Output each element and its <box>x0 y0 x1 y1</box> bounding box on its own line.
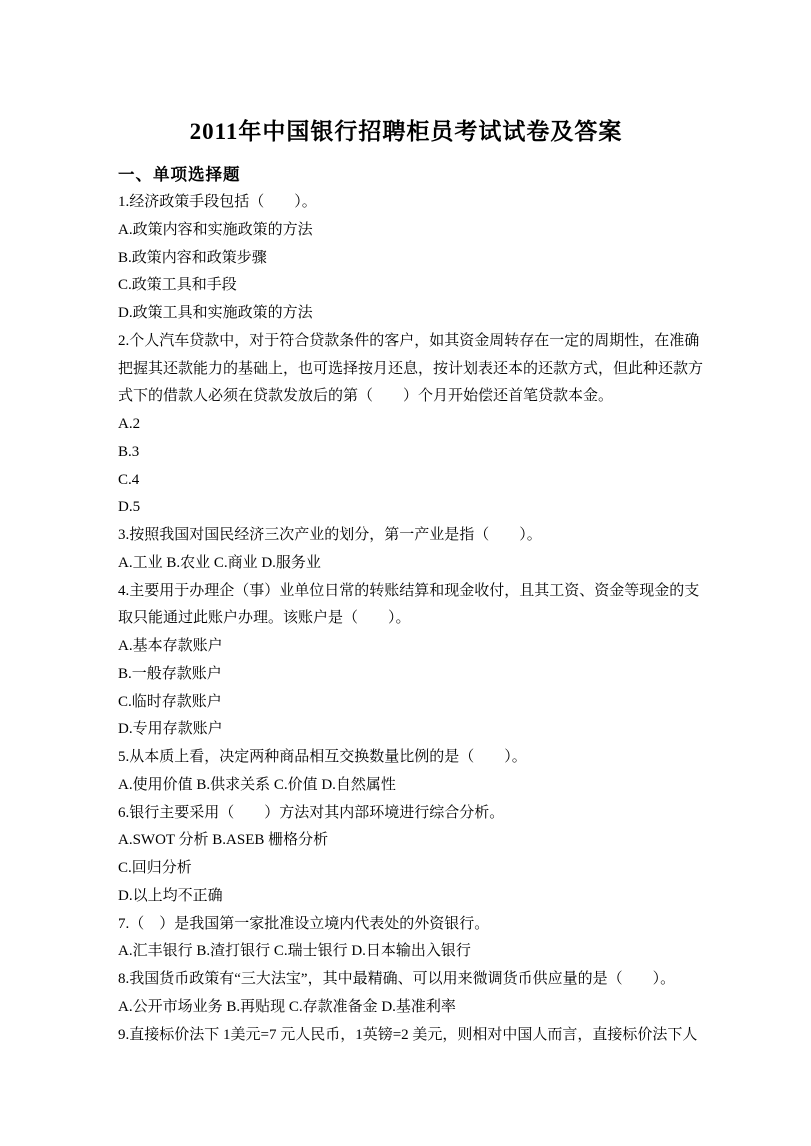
question-option-line: D.以上均不正确 <box>118 883 694 911</box>
question-list: 1.经济政策手段包括（ ）。A.政策内容和实施政策的方法B.政策内容和政策步骤C… <box>118 189 694 1049</box>
question-stem-line: 8.我国货币政策有“三大法宝”，其中最精确、可以用来微调货币供应量的是（ ）。 <box>118 966 694 994</box>
question-option-line: B.政策内容和政策步骤 <box>118 245 694 273</box>
question-option-line: C.政策工具和手段 <box>118 272 694 300</box>
question-stem-line: 4.主要用于办理企（事）业单位日常的转账结算和现金收付，且其工资、资金等现金的支 <box>118 578 694 606</box>
section-heading: 一、单项选择题 <box>118 162 694 188</box>
question-stem-line: 9.直接标价法下 1美元=7 元人民币，1英镑=2 美元，则相对中国人而言，直接… <box>118 1022 694 1050</box>
question-option-line: A.汇丰银行 B.渣打银行 C.瑞士银行 D.日本输出入银行 <box>118 938 694 966</box>
question-option-line: A.工业 B.农业 C.商业 D.服务业 <box>118 550 694 578</box>
question-option-line: C.临时存款账户 <box>118 689 694 717</box>
question-option-line: B.一般存款账户 <box>118 661 694 689</box>
question-option-line: A.2 <box>118 411 694 439</box>
question-stem-line: 把握其还款能力的基础上，也可选择按月还息，按计划表还本的还款方式，但此种还款方 <box>118 356 694 384</box>
exam-document-page: 2011年中国银行招聘柜员考试试卷及答案 一、单项选择题 1.经济政策手段包括（… <box>118 113 694 1049</box>
question-option-line: D.政策工具和实施政策的方法 <box>118 300 694 328</box>
question-stem-line: 1.经济政策手段包括（ ）。 <box>118 189 694 217</box>
question-stem-line: 式下的借款人必须在贷款发放后的第（ ）个月开始偿还首笔贷款本金。 <box>118 383 694 411</box>
question-stem-line: 取只能通过此账户办理。该账户是（ ）。 <box>118 605 694 633</box>
question-option-line: A.使用价值 B.供求关系 C.价值 D.自然属性 <box>118 772 694 800</box>
question-option-line: A.公开市场业务 B.再贴现 C.存款准备金 D.基准利率 <box>118 994 694 1022</box>
question-option-line: A.基本存款账户 <box>118 633 694 661</box>
question-stem-line: 3.按照我国对国民经济三次产业的划分，第一产业是指（ ）。 <box>118 522 694 550</box>
question-option-line: D.专用存款账户 <box>118 716 694 744</box>
question-option-line: A.政策内容和实施政策的方法 <box>118 217 694 245</box>
document-title: 2011年中国银行招聘柜员考试试卷及答案 <box>118 113 694 151</box>
question-stem-line: 6.银行主要采用（ ）方法对其内部环境进行综合分析。 <box>118 800 694 828</box>
question-option-line: A.SWOT 分析 B.ASEB 栅格分析 <box>118 827 694 855</box>
question-option-line: C.4 <box>118 467 694 495</box>
question-stem-line: 7.（ ）是我国第一家批准设立境内代表处的外资银行。 <box>118 911 694 939</box>
question-stem-line: 2.个人汽车贷款中，对于符合贷款条件的客户，如其资金周转存在一定的周期性，在准确 <box>118 328 694 356</box>
question-option-line: C.回归分析 <box>118 855 694 883</box>
question-stem-line: 5.从本质上看，决定两种商品相互交换数量比例的是（ ）。 <box>118 744 694 772</box>
question-option-line: B.3 <box>118 439 694 467</box>
question-option-line: D.5 <box>118 494 694 522</box>
